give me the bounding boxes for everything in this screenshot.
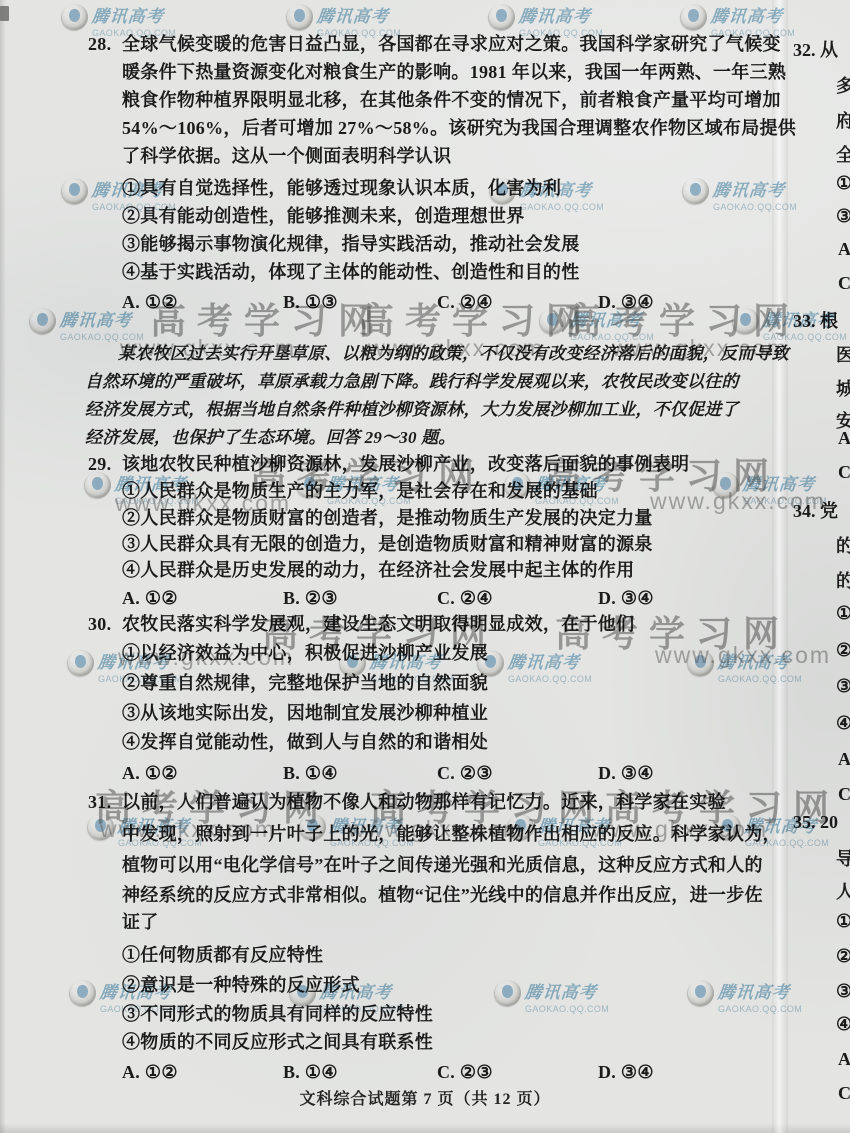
choice-label: D. ③④ xyxy=(598,761,654,785)
tencent-watermark-brand: 腾讯高考 xyxy=(524,978,611,1003)
tencent-gaokao-watermark: 腾讯高考GAOKAO.QQ.COM xyxy=(62,2,202,36)
question-option: ②具有能动创造性，能够推测未来，创造理想世界 xyxy=(122,204,525,228)
right-column-fragment: 全 xyxy=(836,141,850,167)
tencent-gaokao-watermark: 腾讯高考GAOKAO.QQ.COM xyxy=(489,2,629,36)
qq-penguin-logo-icon xyxy=(70,980,96,1006)
question-option: ③不同形式的物质具有同样的反应特性 xyxy=(122,1002,433,1026)
question-number: 31. xyxy=(88,790,111,814)
question-stem-line: 粮食作物种植界限明显北移，在其他条件不变的情况下，前者粮食产量平均可增加 xyxy=(122,88,781,112)
question-option: ①人民群众是物质生产的主力军，是社会存在和发展的基础 xyxy=(122,479,598,503)
right-column-fragment: ① xyxy=(836,603,850,624)
question-option: ④发挥自觉能动性，做到人与自然的和谐相处 xyxy=(122,730,488,754)
scan-left-edge-shadow xyxy=(0,0,6,1133)
question-stem-line: 中发现，照射到一片叶子上的光，能够让整株植物作出相应的反应。科学家认为， xyxy=(122,822,781,846)
tencent-watermark-brand: 腾讯高考 xyxy=(507,648,594,673)
tencent-watermark-url: GAOKAO.QQ.COM xyxy=(525,1004,609,1014)
qq-penguin-logo-icon xyxy=(62,178,88,204)
question-stem-line: 该地农牧民种植沙柳资源林，发展沙柳产业，改变落后面貌的事例表明 xyxy=(122,452,689,476)
qq-penguin-logo-icon xyxy=(688,650,714,676)
tencent-watermark-url: GAOKAO.QQ.COM xyxy=(60,332,144,342)
page-fold-gutter xyxy=(772,0,788,1133)
right-column-fragment: C. xyxy=(838,273,850,294)
question-stem-line: 54%～106%，后者可增加 27%～58%。该研究为我国合理调整农作物区域布局… xyxy=(122,116,796,140)
question-number: 30. xyxy=(88,612,111,636)
right-column-fragment: A. xyxy=(838,239,850,260)
tencent-watermark-url: GAOKAO.QQ.COM xyxy=(508,674,592,684)
question-stem-line: 以前，人们普遍认为植物不像人和动物那样有记忆力。近来，科学家在实验 xyxy=(122,790,726,814)
choice-label: B. ②③ xyxy=(283,586,338,610)
right-column-fragment: 32. 从 xyxy=(793,36,838,62)
right-column-fragment: 导 xyxy=(836,845,850,871)
choice-label: C. ②③ xyxy=(437,761,493,785)
tencent-watermark-brand: 腾讯高考 xyxy=(717,648,804,673)
right-column-fragment: ③ xyxy=(836,676,850,697)
question-option: ④基于实践活动，体现了主体的能动性、创造性和目的性 xyxy=(122,260,580,284)
question-number: 28. xyxy=(88,32,111,56)
right-column-fragment: 34. 党 xyxy=(793,497,838,523)
question-number: 29. xyxy=(88,452,111,476)
choice-label: B. ①④ xyxy=(283,761,338,785)
question-option: ①以经济效益为中心，积极促进沙柳产业发展 xyxy=(122,641,488,665)
gkxx-watermark-url: www.gkxx.com xyxy=(655,642,831,669)
question-stem-line: 神经系统的反应方式非常相似。植物“记住”光线中的信息并作出反应，进一步佐 xyxy=(122,883,763,907)
right-column-fragment: A xyxy=(838,1049,850,1070)
right-column-fragment: ① xyxy=(836,173,850,194)
tencent-gaokao-watermark: 腾讯高考GAOKAO.QQ.COM xyxy=(478,648,618,682)
choice-label: C. ②④ xyxy=(437,290,493,314)
question-stem-line: 证了 xyxy=(122,910,159,934)
tencent-gaokao-watermark: 腾讯高考GAOKAO.QQ.COM xyxy=(683,176,823,210)
right-column-fragment: 33. 根 xyxy=(793,307,838,333)
question-stem-line: 暖条件下热量资源变化对粮食生产的影响。1981 年以来，我国一年两熟、一年三熟 xyxy=(122,60,786,84)
right-column-fragment: C xyxy=(838,462,850,483)
choice-label: D. ③④ xyxy=(598,1060,654,1084)
question-option: ①任何物质都有反应特性 xyxy=(122,943,323,967)
right-column-fragment: ① xyxy=(836,911,850,932)
question-option: ③能够揭示事物演化规律，指导实践活动，推动社会发展 xyxy=(122,232,580,256)
tencent-gaokao-watermark: 腾讯高考GAOKAO.QQ.COM xyxy=(688,978,828,1012)
right-column-fragment: 人 xyxy=(836,878,850,904)
right-column-fragment: A xyxy=(838,749,850,770)
right-column-fragment: 的 xyxy=(836,567,850,593)
tencent-watermark-url: GAOKAO.QQ.COM xyxy=(718,674,802,684)
question-option: ②人民群众是物质财富的创造者，是推动物质生产发展的决定力量 xyxy=(122,506,653,530)
qq-penguin-logo-icon xyxy=(733,308,759,334)
tencent-gaokao-watermark: 腾讯高考GAOKAO.QQ.COM xyxy=(287,2,427,36)
passage-line: 经济发展，也保护了生态环境。回答 29～30 题。 xyxy=(85,426,456,450)
tencent-watermark-url: GAOKAO.QQ.COM xyxy=(570,332,654,342)
right-column-fragment: 的 xyxy=(836,532,850,558)
tencent-watermark-brand: 腾讯高考 xyxy=(316,2,403,27)
tencent-gaokao-watermark: 腾讯高考GAOKAO.QQ.COM xyxy=(688,648,828,682)
qq-penguin-logo-icon xyxy=(30,308,56,334)
right-column-fragment: 35. 20 xyxy=(793,812,838,833)
question-stem-line: 农牧民落实科学发展观，建设生态文明取得明显成效，在于他们 xyxy=(122,612,634,636)
question-option: ②意识是一种特殊的反应形式 xyxy=(122,973,360,997)
question-stem-line: 植物可以用“电化学信号”在叶子之间传递光强和光质信息，这种反应方式和人的 xyxy=(122,853,763,877)
choice-label: B. ①③ xyxy=(283,290,338,314)
choice-label: A. ①② xyxy=(122,1060,178,1084)
question-stem-line: 了科学依据。这从一个侧面表明科学认识 xyxy=(122,144,451,168)
tencent-gaokao-watermark: 腾讯高考GAOKAO.QQ.COM xyxy=(495,978,635,1012)
tencent-watermark-url: GAOKAO.QQ.COM xyxy=(520,202,604,212)
qq-penguin-logo-icon xyxy=(683,178,709,204)
right-column-fragment: ② xyxy=(836,946,850,967)
right-column-fragment: 城 xyxy=(836,375,850,401)
right-column-fragment: ③ xyxy=(836,981,850,1002)
right-column-fragment: ③ xyxy=(836,206,850,227)
question-option: ③人民群众具有无限的创造力，是创造物质财富和精神财富的源泉 xyxy=(122,532,653,556)
choice-label: C. ②③ xyxy=(437,1060,493,1084)
choice-label: A. ①② xyxy=(122,290,178,314)
scanned-exam-page: 28. 全球气候变暖的危害日益凸显，各国都在寻求应对之策。我国科学家研究了气候变… xyxy=(0,0,850,1133)
choice-label: A. ①② xyxy=(122,586,178,610)
qq-penguin-logo-icon xyxy=(287,4,313,30)
question-option: ④物质的不同反应形式之间具有联系性 xyxy=(122,1030,433,1054)
scan-bottom-edge-shadow xyxy=(0,1123,850,1133)
right-column-fragment: 府 xyxy=(836,107,850,133)
tencent-watermark-brand: 腾讯高考 xyxy=(518,2,605,27)
right-column-fragment: C xyxy=(838,784,850,805)
tencent-watermark-url: GAOKAO.QQ.COM xyxy=(718,1004,802,1014)
qq-penguin-logo-icon xyxy=(688,980,714,1006)
question-option: ④人民群众是历史发展的动力，在经济社会发展中起主体的作用 xyxy=(122,558,634,582)
passage-line: 某农牧区过去实行开垦草原、以粮为纲的政策，不仅没有改变经济落后的面貌，反而导致 xyxy=(118,342,789,366)
qq-penguin-logo-icon xyxy=(540,308,566,334)
tencent-gaokao-watermark: 腾讯高考GAOKAO.QQ.COM xyxy=(681,2,821,36)
gkxx-watermark-brand: 高考学习网 xyxy=(150,293,385,344)
question-option: ①具有自觉选择性，能够透过现象认识本质，化害为利 xyxy=(122,176,561,200)
choice-label: D. ③④ xyxy=(598,586,654,610)
question-stem-line: 全球气候变暖的危害日益凸显，各国都在寻求应对之策。我国科学家研究了气候变 xyxy=(122,32,781,56)
choice-label: C. ②④ xyxy=(437,586,493,610)
right-column-fragment: A xyxy=(838,428,850,449)
qq-penguin-logo-icon xyxy=(62,4,88,30)
qq-penguin-logo-icon xyxy=(68,650,94,676)
qq-penguin-logo-icon xyxy=(681,4,707,30)
tencent-watermark-brand: 腾讯高考 xyxy=(717,978,804,1003)
qq-penguin-logo-icon xyxy=(88,814,114,840)
choice-label: D. ③④ xyxy=(598,290,654,314)
right-column-fragment: 多 xyxy=(836,72,850,98)
tencent-watermark-brand: 腾讯高考 xyxy=(91,2,178,27)
page-footer: 文科综合试题第 7 页（共 12 页） xyxy=(0,1086,850,1109)
question-option: ②尊重自然规律，完整地保护当地的自然面貌 xyxy=(122,671,488,695)
right-column-fragment: ④ xyxy=(836,713,850,734)
qq-penguin-logo-icon xyxy=(713,472,739,498)
question-option: ③从该地实际出发，因地制宜发展沙柳种植业 xyxy=(122,701,488,725)
qq-penguin-logo-icon xyxy=(489,4,515,30)
right-column-fragment: ② xyxy=(836,640,850,661)
right-column-fragment: ④ xyxy=(836,1014,850,1035)
choice-label: A. ①② xyxy=(122,761,178,785)
qq-penguin-logo-icon xyxy=(495,980,521,1006)
right-column-fragment: 医 xyxy=(836,341,850,367)
passage-line: 自然环境的严重破坏，草原承载力急剧下降。践行科学发展观以来，农牧民改变以往的 xyxy=(85,370,739,394)
choice-label: B. ①④ xyxy=(283,1060,338,1084)
passage-line: 经济发展方式，根据当地自然条件种植沙柳资源林，大力发展沙柳加工业，不仅促进了 xyxy=(85,398,739,422)
